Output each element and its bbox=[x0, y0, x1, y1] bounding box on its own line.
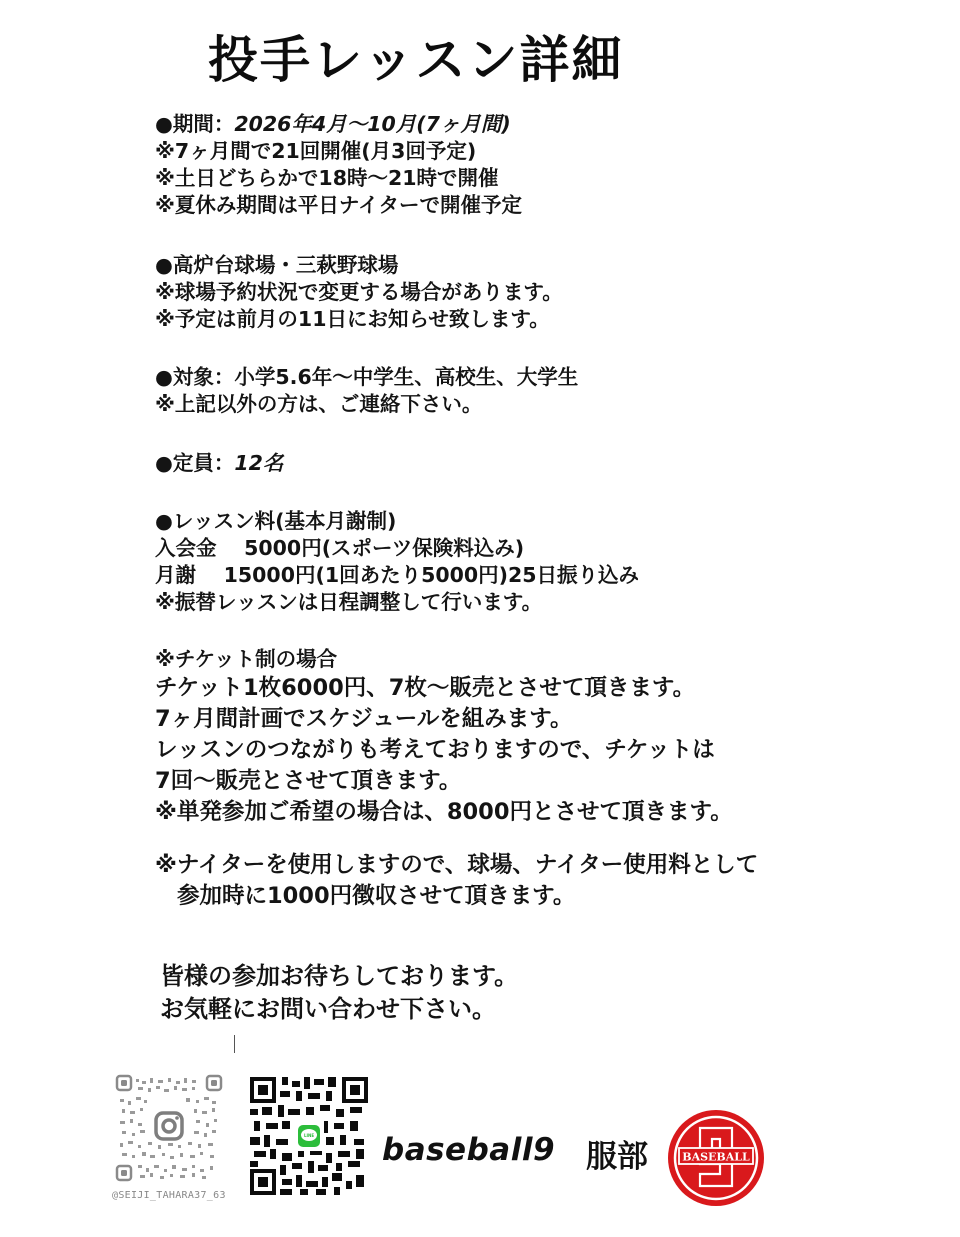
venue-note: ※球場予約状況で変更する場合があります。 bbox=[155, 279, 563, 306]
instagram-handle[interactable]: @SEIJI_TAHARA37_63 bbox=[112, 1190, 226, 1201]
night-fee-line: 参加時に1000円徴収させて頂きます。 bbox=[155, 881, 758, 912]
instagram-qr-code[interactable] bbox=[114, 1073, 224, 1183]
period-heading: ●期間：2026年4月〜10月(7ヶ月間) bbox=[155, 111, 522, 138]
section-capacity: ●定員：12名 bbox=[155, 450, 283, 477]
period-note: ※夏休み期間は平日ナイターで開催予定 bbox=[155, 192, 522, 219]
ticket-line: レッスンのつながりも考えておりますので、チケットは bbox=[155, 735, 733, 766]
target-heading: ●対象：小学5.6年〜中学生、高校生、大学生 bbox=[155, 364, 578, 391]
capacity-value: 12名 bbox=[234, 451, 283, 475]
svg-text:LINE: LINE bbox=[304, 1133, 314, 1138]
period-note: ※7ヶ月間で21回開催(月3回予定) bbox=[155, 138, 522, 165]
venue-heading: ●高炉台球場・三萩野球場 bbox=[155, 252, 563, 279]
venue-note: ※予定は前月の11日にお知らせ致します。 bbox=[155, 306, 563, 333]
section-target: ●対象：小学5.6年〜中学生、高校生、大学生 ※上記以外の方は、ご連絡下さい。 bbox=[155, 364, 578, 418]
section-closing: 皆様の参加お待ちしております。 お気軽にお問い合わせ下さい。 bbox=[160, 960, 518, 1026]
section-fee: ●レッスン料(基本月謝制) 入会金 5000円(スポーツ保険料込み) 月謝 15… bbox=[155, 508, 639, 616]
ticket-single-note: ※単発参加ご希望の場合は、8000円とさせて頂きます。 bbox=[155, 797, 733, 828]
closing-line: 皆様の参加お待ちしております。 bbox=[160, 960, 518, 993]
period-note: ※土日どちらかで18時〜21時で開催 bbox=[155, 165, 522, 192]
ticket-line: 7ヶ月間計画でスケジュールを組みます。 bbox=[155, 704, 733, 735]
period-label: ●期間： bbox=[155, 112, 234, 136]
closing-line: お気軽にお問い合わせ下さい。 bbox=[160, 993, 518, 1026]
section-ticket: ※チケット制の場合 チケット1枚6000円、7枚〜販売とさせて頂きます。 7ヶ月… bbox=[155, 646, 733, 828]
capacity-label: ●定員： bbox=[155, 451, 234, 475]
section-venue: ●高炉台球場・三萩野球場 ※球場予約状況で変更する場合があります。 ※予定は前月… bbox=[155, 252, 563, 333]
logo-text: BASEBALL bbox=[682, 1151, 750, 1164]
baseball9-logo: BASEBALL bbox=[666, 1108, 766, 1212]
section-night-fee: ※ナイターを使用しますので、球場、ナイター使用料として 参加時に1000円徴収さ… bbox=[155, 850, 758, 912]
ticket-line: チケット1枚6000円、7枚〜販売とさせて頂きます。 bbox=[155, 673, 733, 704]
fee-heading: ●レッスン料(基本月謝制) bbox=[155, 508, 639, 535]
line-qr-code[interactable]: LINE bbox=[250, 1077, 368, 1195]
capacity-heading: ●定員：12名 bbox=[155, 450, 283, 477]
target-note: ※上記以外の方は、ご連絡下さい。 bbox=[155, 391, 578, 418]
fee-note: ※振替レッスンは日程調整して行います。 bbox=[155, 589, 639, 616]
night-fee-line: ※ナイターを使用しますので、球場、ナイター使用料として bbox=[155, 850, 758, 881]
period-value: 2026年4月〜10月(7ヶ月間) bbox=[234, 112, 510, 136]
coach-name: 服部 bbox=[586, 1131, 648, 1176]
page-title: 投手レッスン詳細 bbox=[208, 28, 624, 92]
brand-wordmark: baseball9 bbox=[382, 1132, 555, 1168]
fee-monthly: 月謝 15000円(1回あたり5000円)25日振り込み bbox=[155, 562, 639, 589]
ticket-line: 7回〜販売とさせて頂きます。 bbox=[155, 766, 733, 797]
section-period: ●期間：2026年4月〜10月(7ヶ月間) ※7ヶ月間で21回開催(月3回予定)… bbox=[155, 111, 522, 219]
fee-entry-fee: 入会金 5000円(スポーツ保険料込み) bbox=[155, 535, 639, 562]
text-cursor-mark bbox=[234, 1035, 235, 1053]
ticket-heading: ※チケット制の場合 bbox=[155, 646, 733, 673]
